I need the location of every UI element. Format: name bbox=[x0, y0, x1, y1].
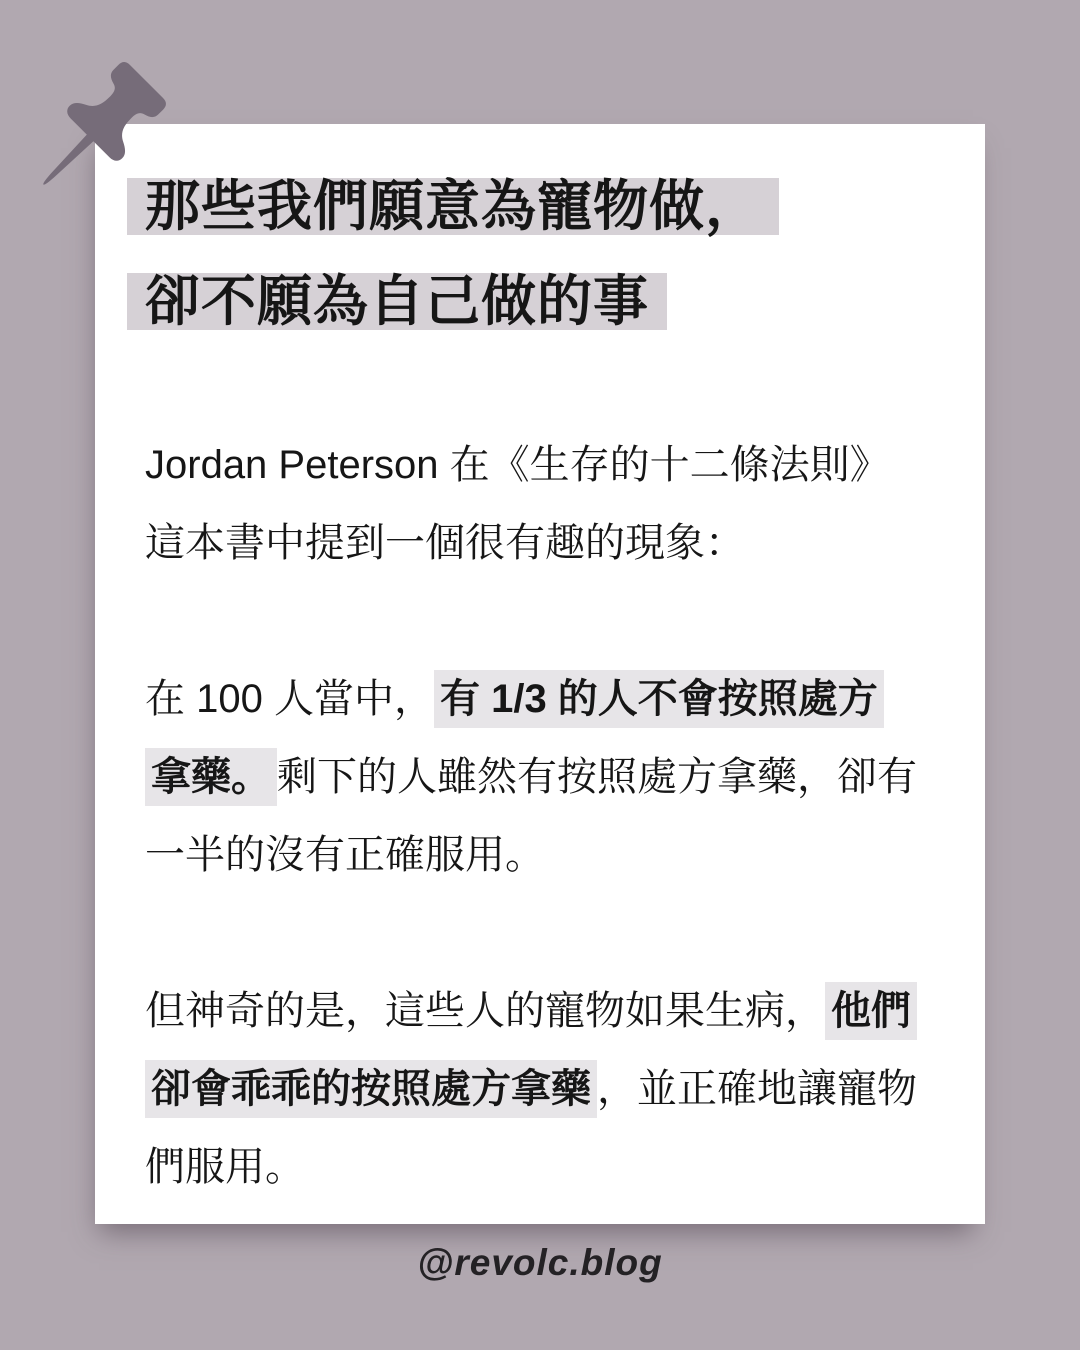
text-run: 這本書中提到一個很有趣的現象： bbox=[145, 521, 745, 565]
text-run: Jordan Peterson 在《生存的十二條法則》 bbox=[145, 443, 890, 487]
text-line: Jordan Peterson 在《生存的十二條法則》 bbox=[145, 426, 945, 504]
paragraph-2: 在 100 人當中，有 1/3 的人不會按照處方 拿藥。剩下的人雖然有按照處方拿… bbox=[145, 660, 945, 894]
text-run: 們服用。 bbox=[145, 1145, 305, 1189]
highlighted-text-run: 拿藥。 bbox=[145, 748, 277, 806]
text-line: 們服用。 bbox=[145, 1128, 945, 1206]
title-line-2-text: 卻不願為自己做的事 bbox=[127, 273, 667, 330]
post-title: 那些我們願意為寵物做， 卻不願為自己做的事 bbox=[145, 178, 945, 330]
title-line: 卻不願為自己做的事 bbox=[145, 273, 945, 330]
text-run: 一半的沒有正確服用。 bbox=[145, 833, 545, 877]
highlighted-text-run: 有 1/3 的人不會按照處方 bbox=[434, 670, 884, 728]
content-card: 那些我們願意為寵物做， 卻不願為自己做的事 Jordan Peterson 在《… bbox=[95, 124, 985, 1224]
highlighted-text-run: 他們 bbox=[825, 982, 917, 1040]
text-run: ，並正確地讓寵物 bbox=[597, 1067, 917, 1111]
text-line: 一半的沒有正確服用。 bbox=[145, 816, 945, 894]
text-run: 剩下的人雖然有按照處方拿藥，卻有 bbox=[277, 755, 917, 799]
text-line: 這本書中提到一個很有趣的現象： bbox=[145, 504, 945, 582]
title-line-1-text: 那些我們願意為寵物做， bbox=[127, 178, 779, 235]
text-line: 但神奇的是，這些人的寵物如果生病，他們 bbox=[145, 972, 945, 1050]
text-run: 但神奇的是，這些人的寵物如果生病， bbox=[145, 989, 825, 1033]
text-line: 拿藥。剩下的人雖然有按照處方拿藥，卻有 bbox=[145, 738, 945, 816]
account-handle: @revolc.blog bbox=[0, 1242, 1080, 1284]
title-line: 那些我們願意為寵物做， bbox=[145, 178, 945, 235]
post-background: 那些我們願意為寵物做， 卻不願為自己做的事 Jordan Peterson 在《… bbox=[0, 0, 1080, 1350]
paragraph-1: Jordan Peterson 在《生存的十二條法則》 這本書中提到一個很有趣的… bbox=[145, 426, 945, 582]
highlighted-text-run: 卻會乖乖的按照處方拿藥 bbox=[145, 1060, 597, 1118]
text-line: 卻會乖乖的按照處方拿藥，並正確地讓寵物 bbox=[145, 1050, 945, 1128]
text-run: 在 100 人當中， bbox=[145, 677, 434, 721]
paragraph-3: 但神奇的是，這些人的寵物如果生病，他們 卻會乖乖的按照處方拿藥，並正確地讓寵物 … bbox=[145, 972, 945, 1206]
text-line: 在 100 人當中，有 1/3 的人不會按照處方 bbox=[145, 660, 945, 738]
